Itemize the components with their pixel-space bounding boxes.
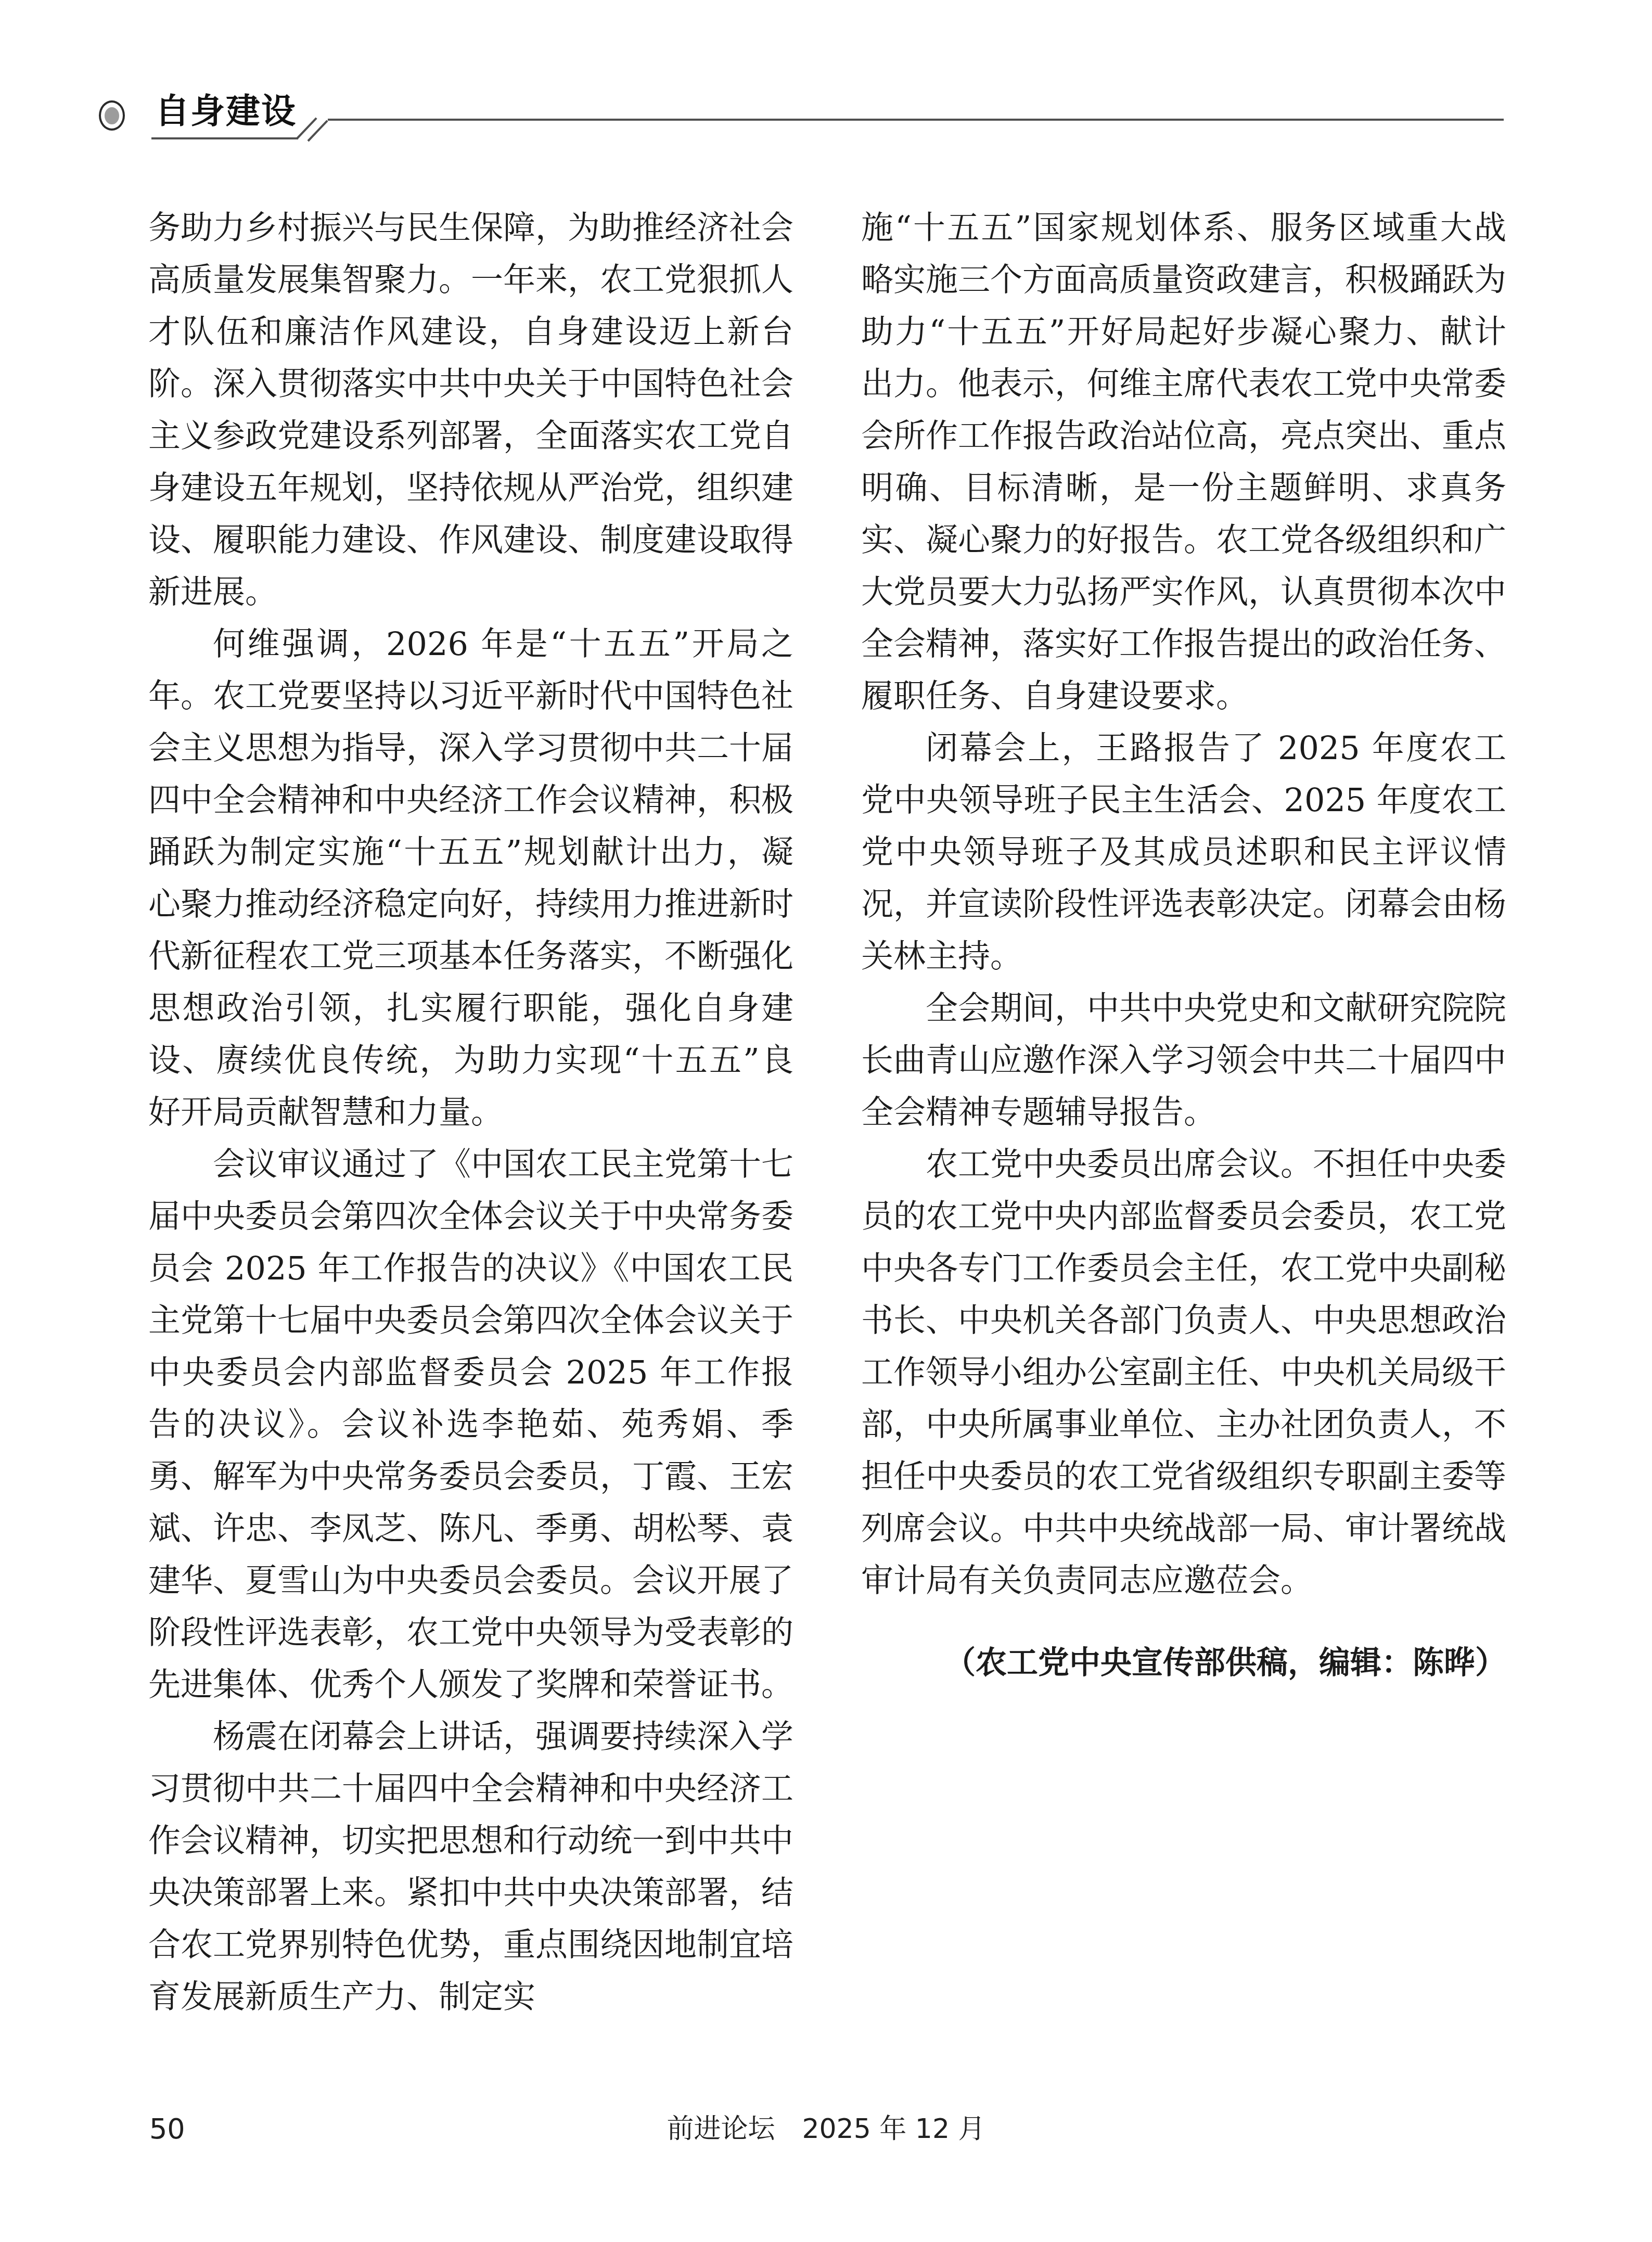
byline: （农工党中央宣传部供稿，编辑：陈晔） [861,1637,1506,1689]
paragraph: 全会期间，中共中央党史和文献研究院院长曲青山应邀作深入学习领会中共二十届四中全会… [861,982,1506,1138]
paragraph: 何维强调，2026 年是“十五五”开局之年。农工党要坚持以习近平新时代中国特色社… [148,618,793,1138]
header-rule-under-title [151,137,298,139]
section-title: 自身建设 [155,87,297,134]
paragraph: 农工党中央委员出席会议。不担任中央委员的农工党中央内部监督委员会委员，农工党中央… [861,1138,1506,1607]
journal-footline: 前进论坛 2025 年 12 月 [0,2113,1652,2145]
paragraph: 会议审议通过了《中国农工民主党第十七届中央委员会第四次全体会议关于中央常务委员会… [148,1138,793,1711]
magazine-page: 自身建设 务助力乡村振兴与民生保障，为助推经济社会高质量发展集智聚力。一年来，农… [0,0,1652,2242]
section-bullet-icon [99,100,125,131]
paragraph: 闭幕会上，王路报告了 2025 年度农工党中央领导班子民主生活会、2025 年度… [861,722,1506,982]
paragraph: 杨震在闭幕会上讲话，强调要持续深入学习贯彻中共二十届四中全会精神和中央经济工作会… [148,1711,793,2023]
article-column-right: 施“十五五”国家规划体系、服务区域重大战略实施三个方面高质量资政建言，积极踊跃为… [861,202,1506,1689]
paragraph-continuation: 施“十五五”国家规划体系、服务区域重大战略实施三个方面高质量资政建言，积极踊跃为… [861,202,1506,722]
bullet-dot-icon [105,107,119,124]
article-column-left: 务助力乡村振兴与民生保障，为助推经济社会高质量发展集智聚力。一年来，农工党狠抓人… [148,202,793,2023]
header-rule-top [328,119,1504,121]
paragraph-continuation: 务助力乡村振兴与民生保障，为助推经济社会高质量发展集智聚力。一年来，农工党狠抓人… [148,202,793,618]
